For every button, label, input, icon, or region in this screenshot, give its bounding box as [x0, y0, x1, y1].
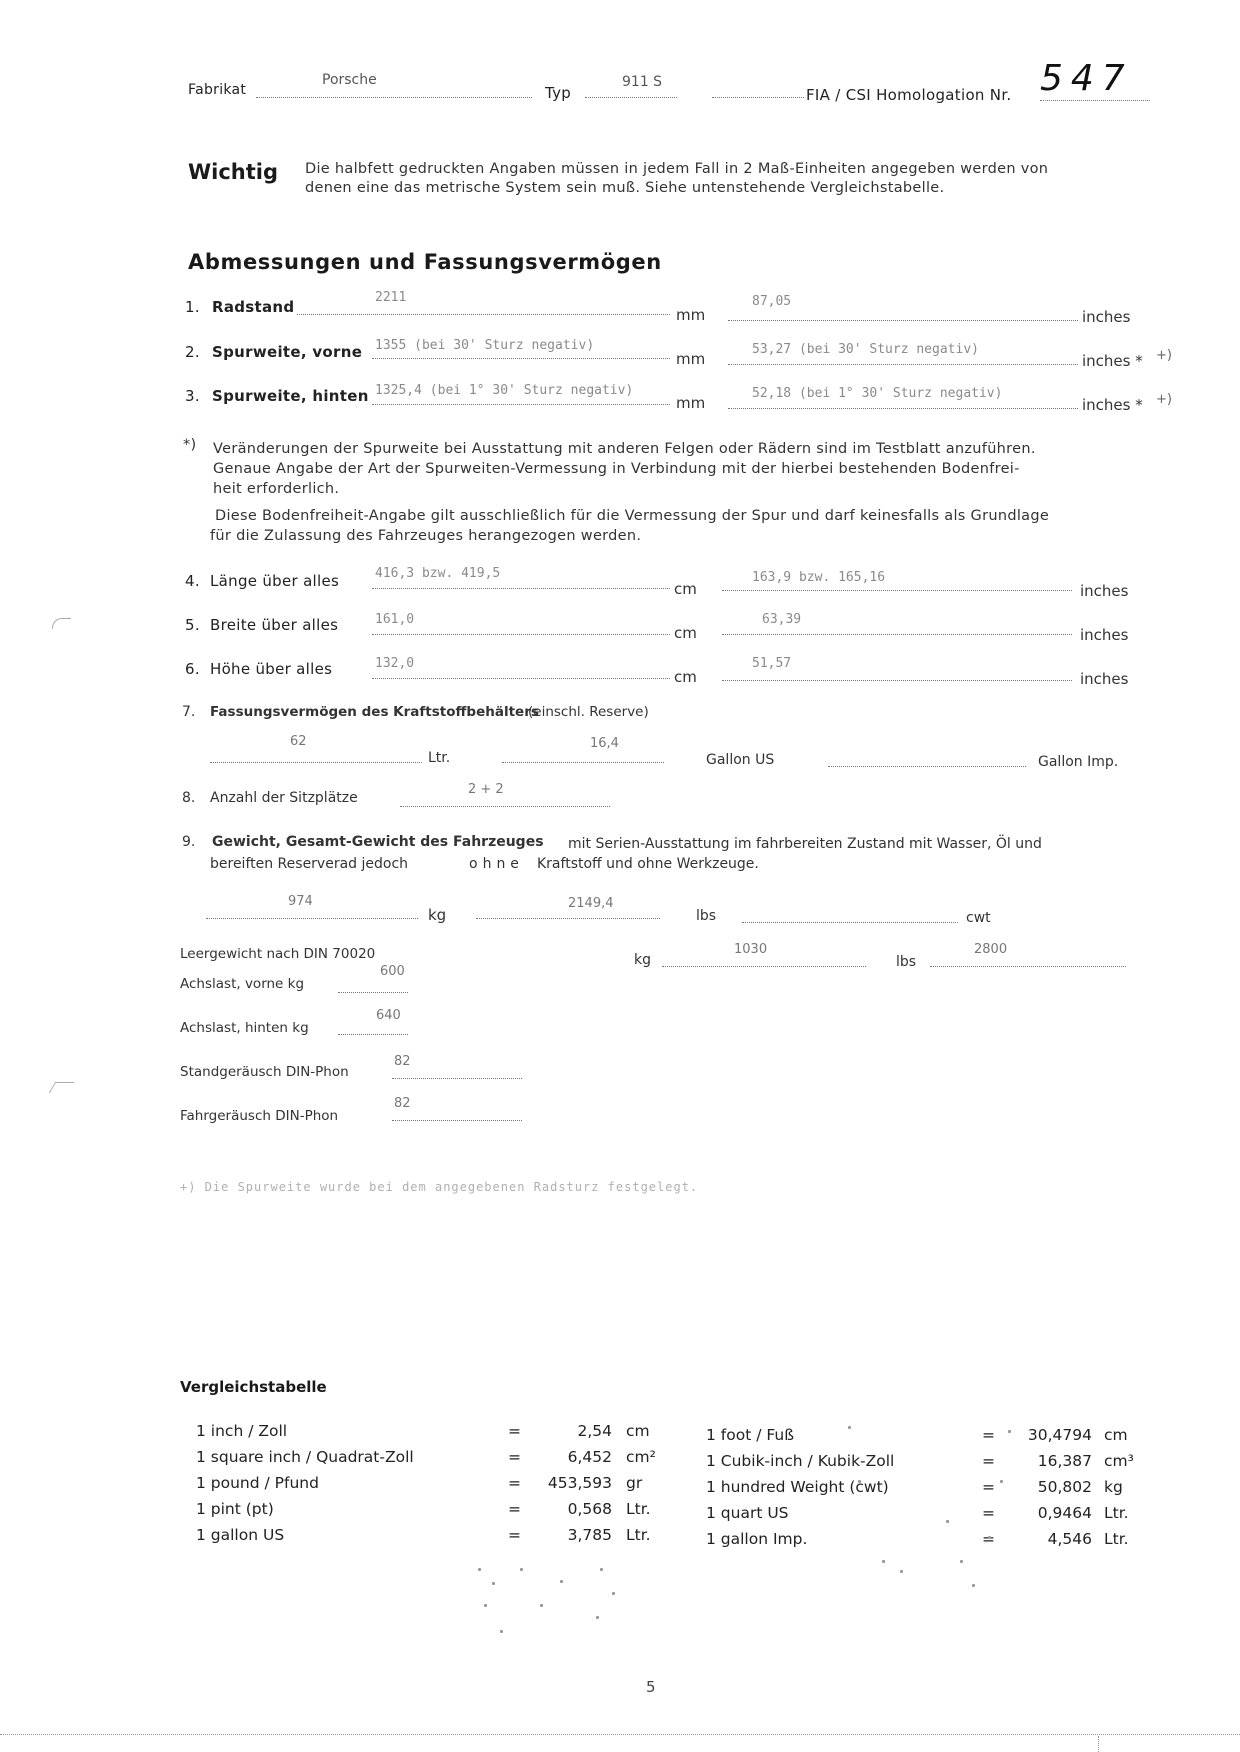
conversion-value: 0,568	[512, 1500, 612, 1518]
imperial-line	[722, 680, 1072, 681]
imperial-value: 63,39	[762, 612, 801, 627]
ltr-line	[210, 762, 422, 763]
metric-line	[372, 358, 670, 359]
homologation-line	[1040, 100, 1150, 101]
cwt-line	[742, 922, 958, 923]
leergewicht-lbs-value: 2800	[974, 942, 1007, 957]
leergewicht-label: Leergewicht nach DIN 70020	[180, 946, 375, 962]
achslast-hinten-value: 640	[376, 1008, 401, 1023]
homologation-label: FIA / CSI Homologation Nr.	[806, 86, 1011, 104]
item-number: 9.	[182, 834, 195, 850]
value-line	[400, 806, 610, 807]
metric-value: 1355 (bei 30' Sturz negativ)	[375, 338, 594, 353]
conversion-unit: gr	[626, 1474, 642, 1492]
imperial-line	[722, 634, 1072, 635]
conversion-name: 1 foot / Fuß	[706, 1426, 794, 1444]
item-label-line2-end: Kraftstoff und ohne Werkzeuge.	[537, 856, 759, 872]
leergewicht-kg-value: 1030	[734, 942, 767, 957]
imperial-value: 87,05	[752, 294, 791, 309]
item-number: 7.	[182, 704, 195, 720]
gal-us-line	[502, 762, 664, 763]
typ-label: Typ	[545, 84, 571, 102]
imperial-line	[728, 408, 1078, 409]
conversion-unit: Ltr.	[1104, 1530, 1129, 1548]
item-label: Spurweite, vorne	[212, 343, 362, 361]
metric-line	[372, 634, 670, 635]
metric-value: 1325,4 (bei 1° 30' Sturz negativ)	[375, 383, 633, 398]
conversion-unit: cm³	[1104, 1452, 1134, 1470]
margin-mark	[49, 1082, 74, 1093]
ltr-unit: Ltr.	[428, 750, 450, 766]
conversion-unit: Ltr.	[1104, 1504, 1129, 1522]
conversion-value: 453,593	[512, 1474, 612, 1492]
imperial-value: 53,27 (bei 30' Sturz negativ)	[752, 342, 979, 357]
conversion-name: 1 gallon Imp.	[706, 1530, 807, 1548]
kg-line	[206, 918, 418, 919]
gal-imp-line	[828, 766, 1026, 767]
item-label: Breite über alles	[210, 616, 338, 634]
imperial-unit: inches	[1080, 670, 1128, 688]
conversion-value: 3,785	[512, 1526, 612, 1544]
notice-line-2: denen eine das metrische System sein muß…	[305, 179, 1048, 198]
leergewicht-lbs-unit: lbs	[896, 954, 916, 970]
item-label: Länge über alles	[210, 572, 339, 590]
imperial-value: 163,9 bzw. 165,16	[752, 570, 885, 585]
conversion-name: 1 gallon US	[196, 1526, 284, 1544]
metric-line	[297, 314, 670, 315]
metric-line	[372, 404, 670, 405]
typ-value: 911 S	[622, 74, 662, 90]
conversion-table-title: Vergleichstabelle	[180, 1378, 327, 1396]
item-number: 6.	[185, 660, 200, 678]
standgeraeusch-value: 82	[394, 1054, 411, 1069]
conversion-unit: cm	[1104, 1426, 1128, 1444]
item-label: Fassungsvermögen des Kraftstoffbehälters	[210, 704, 539, 720]
item-label: Spurweite, hinten	[212, 387, 369, 405]
metric-unit: mm	[676, 306, 705, 324]
item-label-line2: bereiften Reserverad jedoch	[210, 856, 408, 872]
imperial-unit: inches	[1080, 626, 1128, 644]
item-label: Radstand	[212, 298, 294, 316]
imperial-unit: inches	[1080, 582, 1128, 600]
ltr-value: 62	[290, 734, 307, 749]
item-label: Anzahl der Sitzplätze	[210, 790, 358, 806]
item-label: Gewicht, Gesamt-Gewicht des Fahrzeuges	[212, 834, 544, 850]
conversion-value: 30,4794	[992, 1426, 1092, 1444]
leergewicht-kg-line	[662, 966, 866, 967]
conversion-value: 4,546	[992, 1530, 1092, 1548]
track-remark: +) Die Spurweite wurde bei dem angegeben…	[180, 1180, 698, 1194]
achslast-vorne-value: 600	[380, 964, 405, 979]
fahrgeraeusch-value: 82	[394, 1096, 411, 1111]
imperial-unit: inches *	[1082, 352, 1143, 370]
footnote-line: heit erforderlich.	[213, 480, 339, 499]
metric-unit: cm	[674, 668, 697, 686]
conversion-unit: Ltr.	[626, 1500, 651, 1518]
conversion-name: 1 pound / Pfund	[196, 1474, 319, 1492]
metric-value: 132,0	[375, 656, 414, 671]
standgeraeusch-label: Standgeräusch DIN-Phon	[180, 1064, 349, 1080]
fabrikat-value: Porsche	[322, 72, 377, 88]
metric-value: 416,3 bzw. 419,5	[375, 566, 500, 581]
homologation-number: 547	[1040, 58, 1133, 99]
conversion-unit: Ltr.	[626, 1526, 651, 1544]
conversion-name: 1 square inch / Quadrat-Zoll	[196, 1448, 414, 1466]
imperial-line	[728, 364, 1078, 365]
metric-unit: mm	[676, 394, 705, 412]
fabrikat-label: Fabrikat	[188, 82, 246, 98]
kg-value: 974	[288, 894, 313, 909]
leergewicht-kg-unit: kg	[634, 952, 651, 968]
imperial-unit: inches *	[1082, 396, 1143, 414]
item-number: 4.	[185, 572, 200, 590]
gal-us-unit: Gallon US	[706, 752, 774, 768]
conversion-value: 50,802	[992, 1478, 1092, 1496]
conversion-name: 1 quart US	[706, 1504, 789, 1522]
conversion-unit: cm²	[626, 1448, 656, 1466]
item-number: 2.	[185, 343, 200, 361]
typ-line	[585, 97, 677, 98]
margin-mark	[52, 618, 71, 629]
conversion-value: 6,452	[512, 1448, 612, 1466]
imperial-line	[728, 320, 1078, 321]
footnote-mark: +)	[1156, 392, 1172, 407]
conversion-value: 0,9464	[992, 1504, 1092, 1522]
metric-value: 2211	[375, 290, 406, 305]
notice-line-1: Die halbfett gedruckten Angaben müssen i…	[305, 160, 1048, 179]
achslast-vorne-label: Achslast, vorne kg	[180, 976, 304, 992]
lbs-value: 2149,4	[568, 896, 614, 911]
footnote-mark: +)	[1156, 348, 1172, 363]
imperial-unit: inches	[1082, 308, 1130, 326]
footnote-line: Diese Bodenfreiheit-Angabe gilt ausschli…	[215, 507, 1049, 526]
metric-value: 161,0	[375, 612, 414, 627]
item-number: 8.	[182, 790, 195, 806]
conversion-name: 1 pint (pt)	[196, 1500, 274, 1518]
scan-edge-tick	[1098, 1736, 1099, 1752]
conversion-value: 2,54	[512, 1422, 612, 1440]
page-number: 5	[646, 1678, 656, 1696]
metric-unit: mm	[676, 350, 705, 368]
cwt-unit: cwt	[966, 910, 991, 926]
notice-text: Die halbfett gedruckten Angaben müssen i…	[305, 160, 1048, 198]
footnote-line: für die Zulassung des Fahrzeuges herange…	[210, 527, 641, 546]
imperial-line	[722, 590, 1072, 591]
footnote-line: Genaue Angabe der Art der Spurweiten-Ver…	[213, 460, 1020, 479]
notice-heading: Wichtig	[188, 160, 278, 184]
conversion-name: 1 hundred Weight (cwt)	[706, 1478, 889, 1496]
metric-unit: cm	[674, 580, 697, 598]
achslast-hinten-line	[338, 1034, 408, 1035]
imperial-value: 51,57	[752, 656, 791, 671]
item-number: 5.	[185, 616, 200, 634]
conversion-unit: cm	[626, 1422, 650, 1440]
footnote-marker: *)	[183, 436, 197, 455]
metric-line	[372, 678, 670, 679]
metric-unit: cm	[674, 624, 697, 642]
section-title: Abmessungen und Fassungsvermögen	[188, 250, 662, 274]
scan-edge	[0, 1734, 1240, 1735]
item-label: Höhe über alles	[210, 660, 332, 678]
item-label-emphasis: ohne	[469, 856, 524, 872]
conversion-unit: kg	[1104, 1478, 1123, 1496]
filler-line	[712, 97, 804, 98]
imperial-value: 52,18 (bei 1° 30' Sturz negativ)	[752, 386, 1002, 401]
standgeraeusch-line	[392, 1078, 522, 1079]
gal-us-value: 16,4	[590, 736, 619, 751]
fahrgeraeusch-label: Fahrgeräusch DIN-Phon	[180, 1108, 338, 1124]
fahrgeraeusch-line	[392, 1120, 522, 1121]
sitze-value: 2 + 2	[468, 782, 504, 797]
gal-imp-unit: Gallon Imp.	[1038, 754, 1118, 770]
achslast-vorne-line	[338, 992, 408, 993]
item-label-rest: mit Serien-Ausstattung im fahrbereiten Z…	[568, 836, 1042, 852]
fabrikat-line	[256, 97, 532, 98]
lbs-line	[476, 918, 660, 919]
footnote-line: Veränderungen der Spurweite bei Ausstatt…	[213, 440, 1036, 459]
metric-line	[372, 588, 670, 589]
kg-unit: kg	[428, 906, 446, 924]
item-label-rest: (einschl. Reserve)	[528, 704, 649, 720]
conversion-name: 1 inch / Zoll	[196, 1422, 287, 1440]
item-number: 3.	[185, 387, 200, 405]
conversion-name: 1 Cubik-inch / Kubik-Zoll	[706, 1452, 894, 1470]
conversion-value: 16,387	[992, 1452, 1092, 1470]
achslast-hinten-label: Achslast, hinten kg	[180, 1020, 309, 1036]
leergewicht-lbs-line	[930, 966, 1126, 967]
item-number: 1.	[185, 298, 200, 316]
lbs-unit: lbs	[696, 908, 716, 924]
